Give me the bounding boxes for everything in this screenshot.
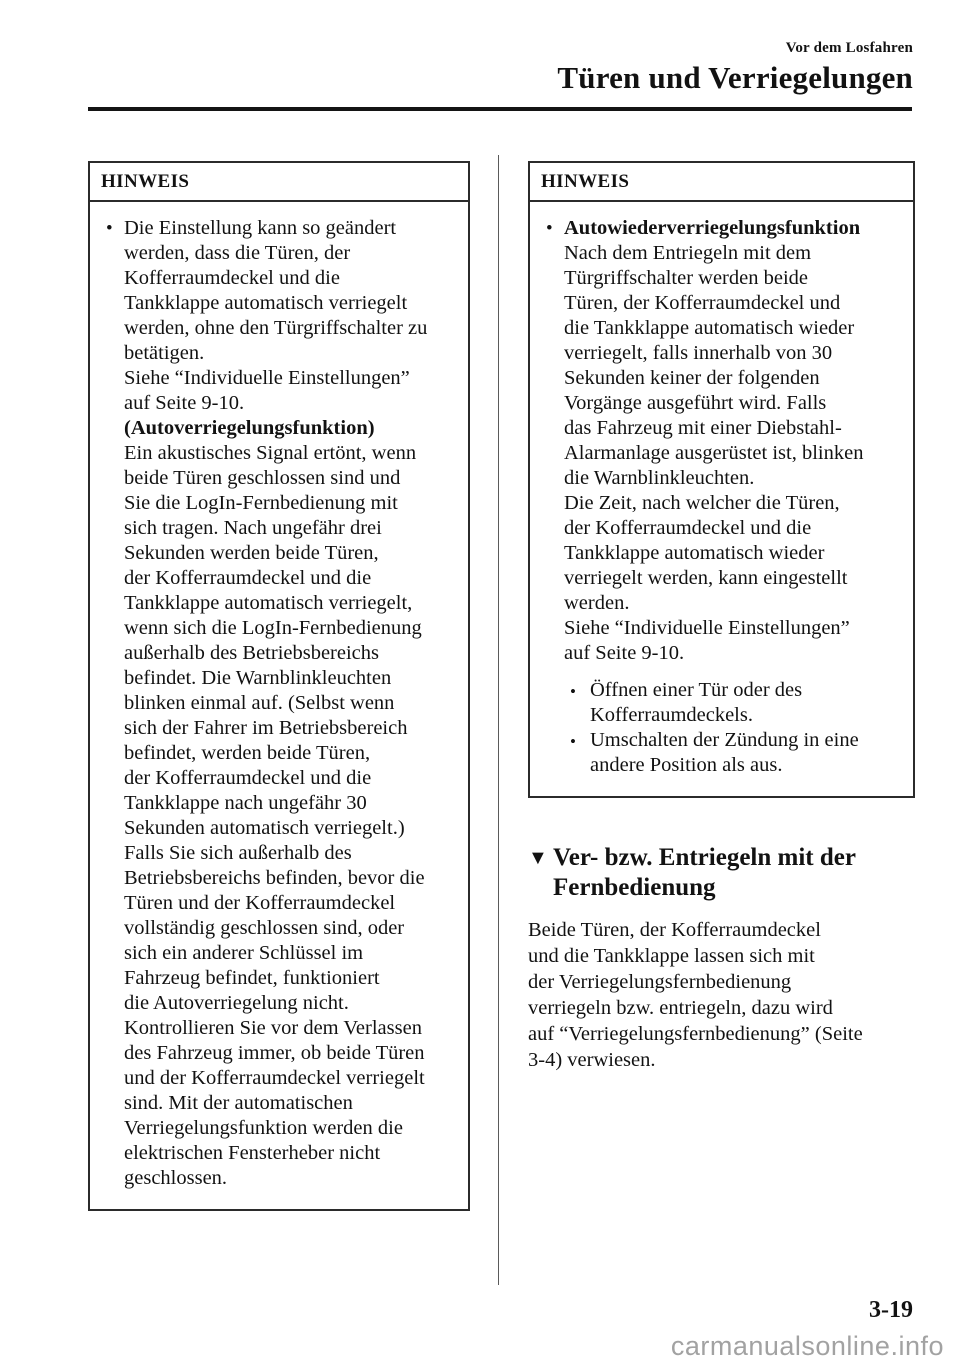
- list-item: • Die Einstellung kann so geändert werde…: [106, 216, 462, 1191]
- list-item-content: Autowiederverriegelungsfunktion Nach dem…: [564, 216, 907, 778]
- note-bold-line: Autowiederverriegelungsfunktion: [564, 216, 907, 241]
- page-number: 3-19: [869, 1297, 913, 1324]
- note-text: Ein akustisches Signal ertönt, wenn beid…: [124, 441, 462, 1191]
- list-item: • Öffnen einer Tür oder des Kofferraumde…: [564, 678, 907, 728]
- page-title: Türen und Verriegelungen: [557, 60, 913, 96]
- note-text: Öffnen einer Tür oder des Kofferraumdeck…: [590, 678, 802, 728]
- header-rule: [88, 107, 912, 111]
- note-text: Umschalten der Zündung in eine andere Po…: [590, 728, 859, 778]
- note-box-left-body: • Die Einstellung kann so geändert werde…: [90, 202, 468, 1191]
- section-paragraph: Beide Türen, der Kofferraumdeckel und di…: [528, 917, 924, 1073]
- note-label: HINWEIS: [101, 171, 189, 192]
- list-item: • Autowiederverriegelungsfunktion Nach d…: [546, 216, 907, 778]
- note-box-left: HINWEIS • Die Einstellung kann so geände…: [88, 161, 470, 1211]
- sub-list: • Öffnen einer Tür oder des Kofferraumde…: [564, 678, 907, 778]
- section-heading-text: Ver- bzw. Entriegeln mit der Fernbedienu…: [553, 843, 856, 903]
- list-item-content: Die Einstellung kann so geändert werden,…: [124, 216, 462, 1191]
- bullet-marker: •: [570, 728, 590, 754]
- manual-page: Vor dem Losfahren Türen und Verriegelung…: [0, 0, 960, 1362]
- column-divider: [498, 155, 499, 1285]
- note-box-left-header: HINWEIS: [90, 163, 468, 202]
- note-bold-line: (Autoverriegelungsfunktion): [124, 416, 462, 441]
- note-text: Nach dem Entriegeln mit dem Türgriffscha…: [564, 241, 907, 666]
- bullet-marker: •: [570, 678, 590, 704]
- chapter-label: Vor dem Losfahren: [557, 40, 913, 57]
- note-box-right: HINWEIS • Autowiederverriegelungsfunktio…: [528, 161, 915, 798]
- list-item: • Umschalten der Zündung in eine andere …: [564, 728, 907, 778]
- note-text: Die Einstellung kann so geändert werden,…: [124, 216, 462, 416]
- watermark-text: carmanualsonline.info: [671, 1331, 944, 1362]
- note-box-right-header: HINWEIS: [530, 163, 913, 202]
- bullet-marker: •: [106, 216, 124, 241]
- section-marker-icon: ▼: [528, 843, 553, 903]
- note-box-right-body: • Autowiederverriegelungsfunktion Nach d…: [530, 202, 913, 778]
- section-heading: ▼ Ver- bzw. Entriegeln mit der Fernbedie…: [528, 843, 924, 903]
- section-remote-locking: ▼ Ver- bzw. Entriegeln mit der Fernbedie…: [528, 843, 924, 1073]
- note-label: HINWEIS: [541, 171, 629, 192]
- page-header: Vor dem Losfahren Türen und Verriegelung…: [557, 40, 913, 96]
- bullet-marker: •: [546, 216, 564, 241]
